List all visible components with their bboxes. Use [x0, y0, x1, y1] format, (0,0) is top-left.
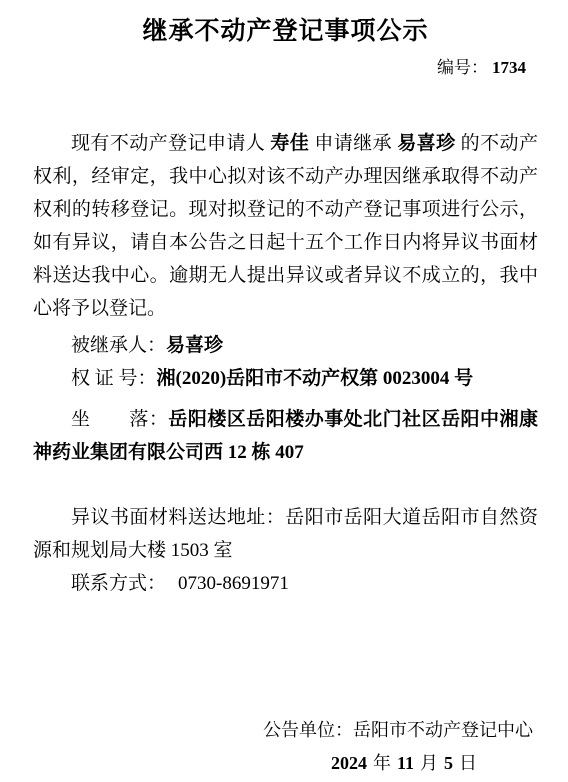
issuer-line: 公告单位：岳阳市不动产登记中心 [33, 714, 538, 747]
field-location: 坐 落：岳阳楼区岳阳楼办事处北门社区岳阳中湘康神药业集团有限公司西 12 栋 4… [33, 403, 538, 469]
date-year-unit: 年 [373, 753, 391, 773]
contact-line: 联系方式：0730-8691971 [33, 567, 538, 600]
field-location-label: 坐 落： [71, 409, 168, 430]
date-month-unit: 月 [420, 753, 438, 773]
delivery-address-label: 异议书面材料送达地址： [71, 507, 285, 528]
field-decedent-label: 被继承人： [71, 335, 166, 356]
page-title: 继承不动产登记事项公示 [33, 16, 538, 46]
applicant-name: 寿佳 [270, 133, 309, 154]
field-certificate-value: 湘(2020)岳阳市不动产权第 0023004 号 [157, 368, 474, 389]
body-text-mid: 申请继承 [309, 133, 397, 154]
body-text-post: 的不动产权利，经审定，我中心拟对该不动产办理因继承取得不动产权利的转移登记。现对… [33, 133, 538, 319]
notice-footer: 公告单位：岳阳市不动产登记中心 2024年11月5日 [33, 714, 538, 780]
field-certificate-number: 权 证 号：湘(2020)岳阳市不动产权第 0023004 号 [33, 362, 538, 395]
date-day-unit: 日 [459, 753, 477, 773]
issuer-value: 岳阳市不动产登记中心 [353, 720, 533, 740]
field-decedent: 被继承人：易喜珍 [33, 329, 538, 362]
inheritance-notice-document: 继承不动产登记事项公示 编号：1734 现有不动产登记申请人 寿佳 申请继承 易… [0, 0, 568, 782]
contact-label: 联系方式： [71, 573, 166, 594]
body-text-pre: 现有不动产登记申请人 [71, 133, 270, 154]
issuer-label: 公告单位： [263, 720, 353, 740]
notice-body-paragraph: 现有不动产登记申请人 寿佳 申请继承 易喜珍 的不动产权利，经审定，我中心拟对该… [33, 127, 538, 325]
notice-date: 2024年11月5日 [33, 747, 538, 780]
date-month: 11 [397, 753, 414, 773]
notice-number-value: 1734 [492, 58, 526, 77]
decedent-name: 易喜珍 [397, 133, 455, 154]
notice-number-label: 编号： [437, 58, 488, 77]
field-certificate-label: 权 证 号： [71, 368, 157, 389]
contact-phone-number: 0730-8691971 [178, 573, 289, 594]
objection-delivery-address: 异议书面材料送达地址：岳阳市岳阳大道岳阳市自然资源和规划局大楼 1503 室 [33, 501, 538, 567]
field-decedent-value: 易喜珍 [166, 335, 223, 356]
date-day: 5 [444, 753, 453, 773]
notice-number-line: 编号：1734 [33, 56, 538, 79]
date-year: 2024 [331, 753, 367, 773]
